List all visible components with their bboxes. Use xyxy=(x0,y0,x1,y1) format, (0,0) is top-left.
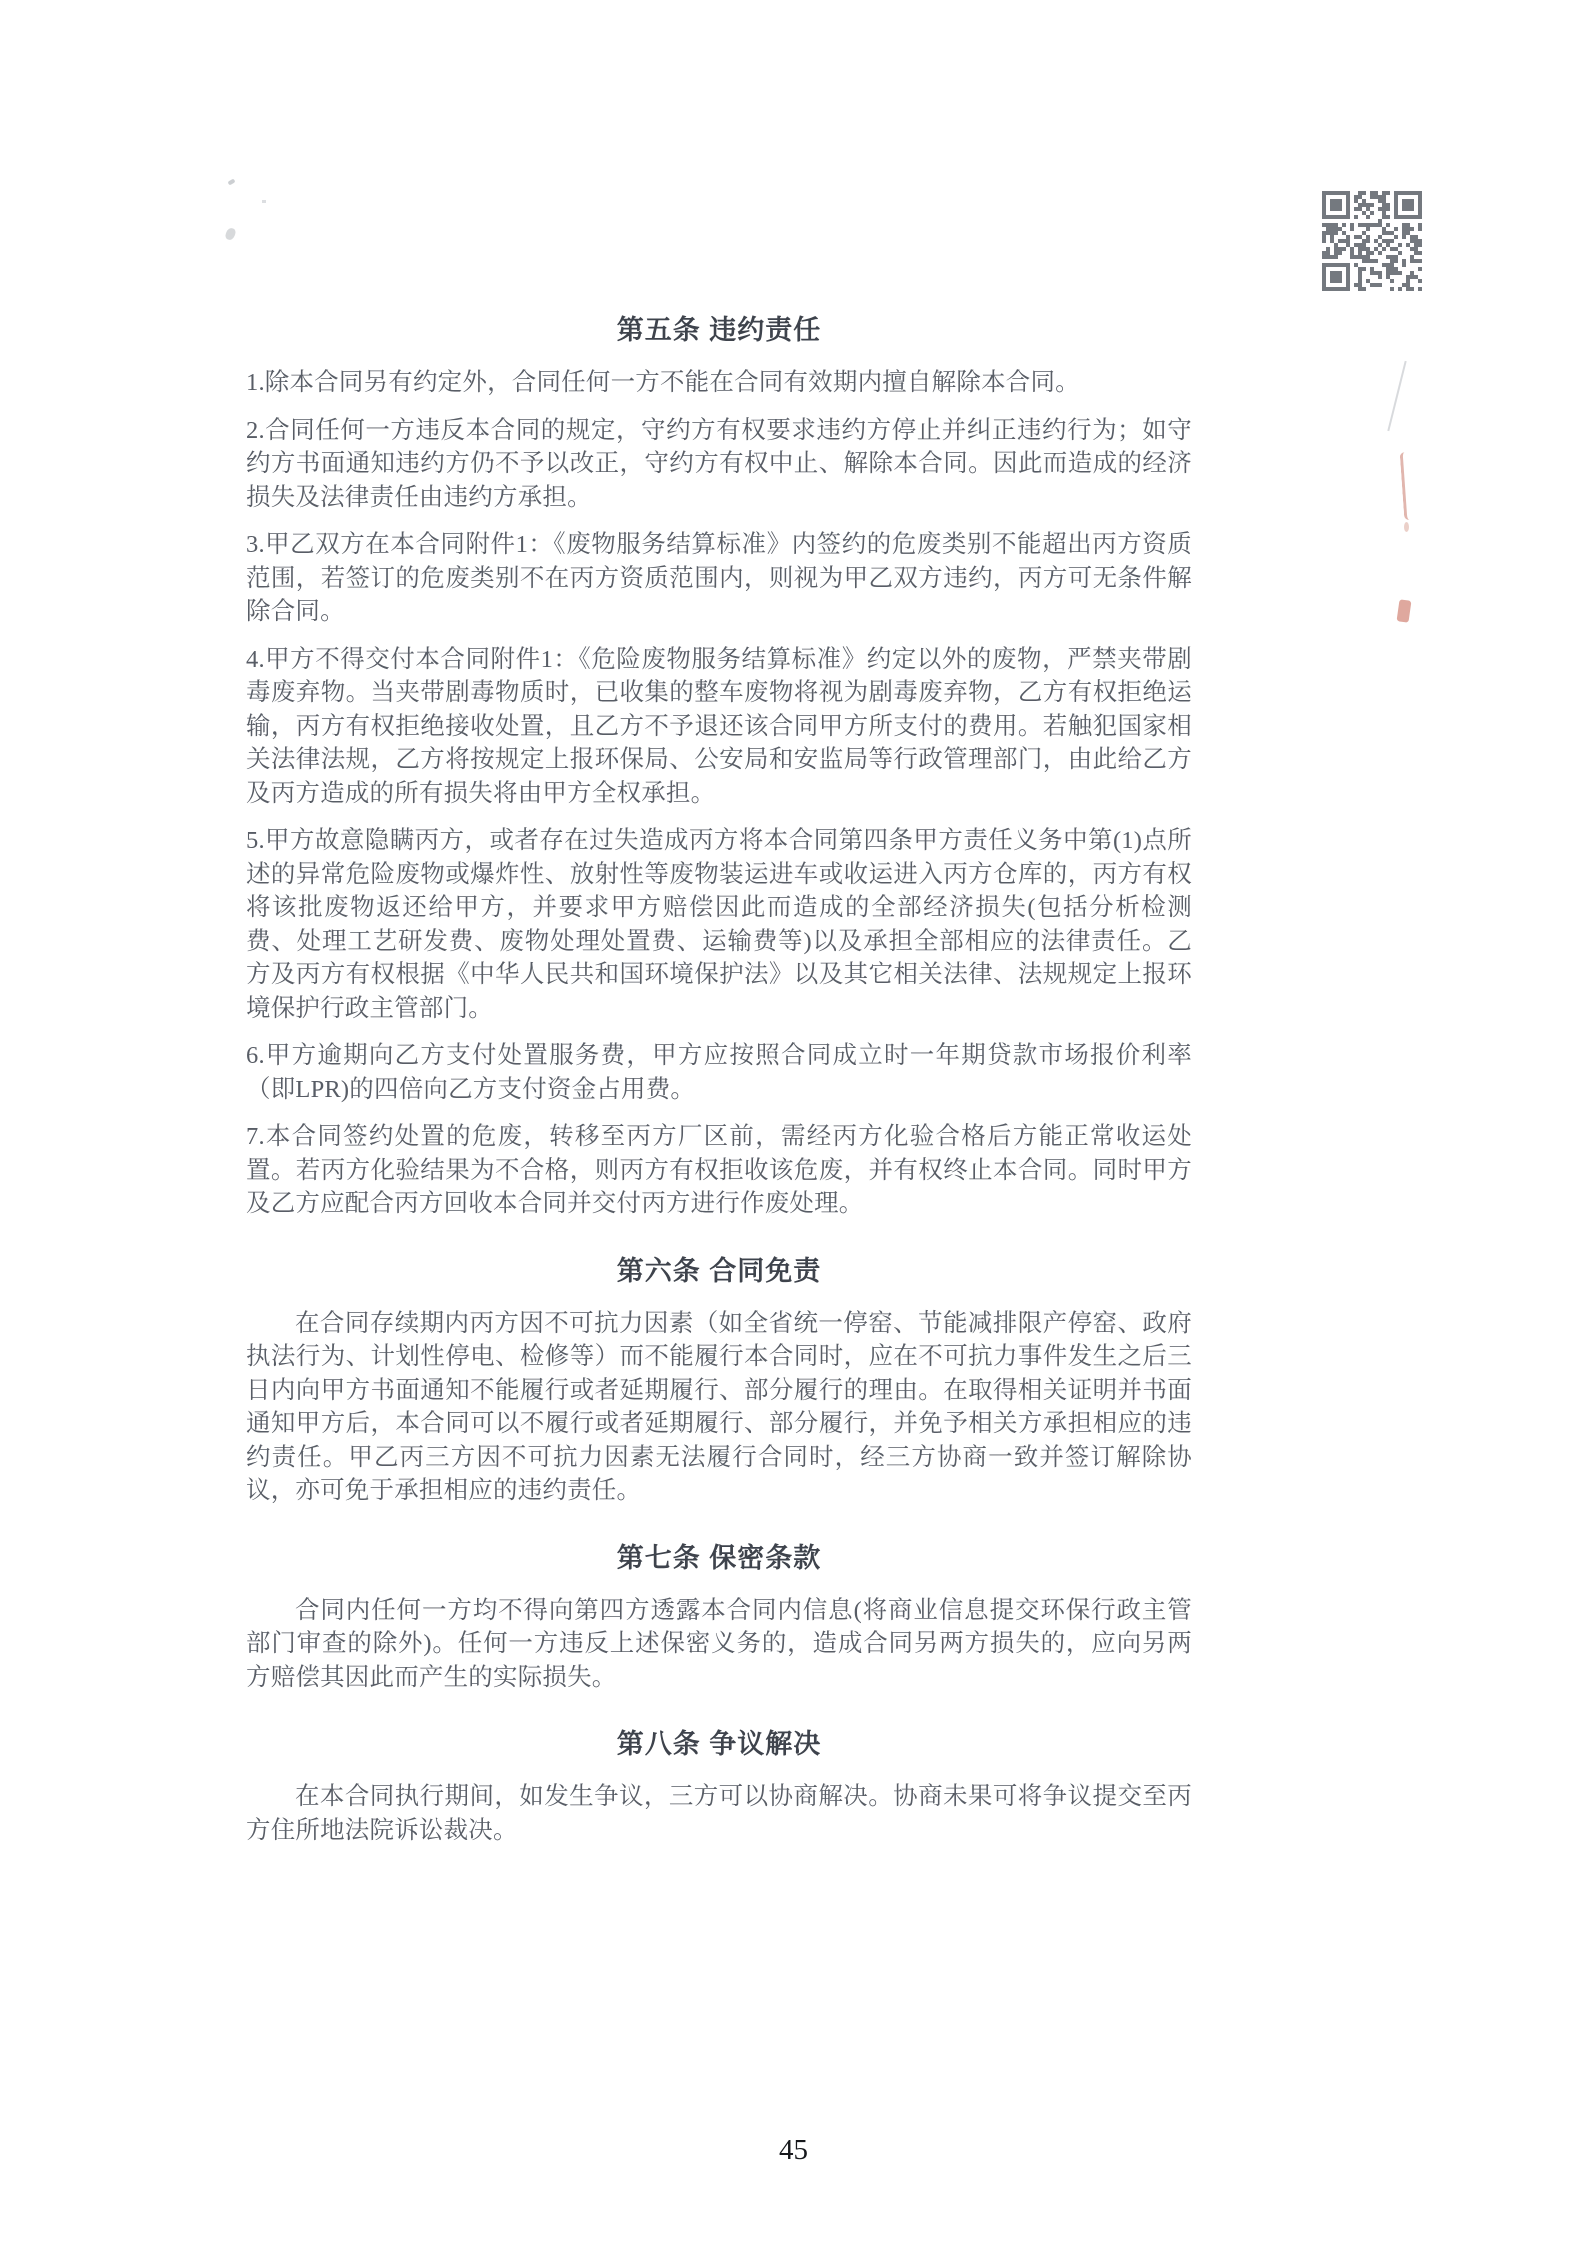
clause-paragraph: 5.甲方故意隐瞒丙方，或者存在过失造成丙方将本合同第四条甲方责任义务中第(1)点… xyxy=(246,824,1192,1025)
scan-artifact-red-ink xyxy=(1400,452,1415,521)
clause-paragraph: 1.除本合同另有约定外，合同任何一方不能在合同有效期内擅自解除本合同。 xyxy=(246,366,1192,400)
clause-paragraph: 6.甲方逾期向乙方支付处置服务费，甲方应按照合同成立时一年期贷款市场报价利率（即… xyxy=(246,1039,1192,1106)
clause-paragraph: 7.本合同签约处置的危废，转移至丙方厂区前，需经丙方化验合格后方能正常收运处置。… xyxy=(246,1120,1192,1221)
scan-artifact-speck xyxy=(262,200,266,203)
clause-paragraph: 2.合同任何一方违反本合同的规定，守约方有权要求违约方停止并纠正违约行为；如守约… xyxy=(246,414,1192,515)
section-heading-article-5: 第五条 违约责任 xyxy=(246,312,1192,348)
scan-artifact-scratch xyxy=(1387,361,1406,431)
scan-artifact-red-mark xyxy=(1397,599,1412,622)
contract-body: 第五条 违约责任 1.除本合同另有约定外，合同任何一方不能在合同有效期内擅自解除… xyxy=(246,312,1192,1861)
qr-code-icon xyxy=(1320,189,1424,293)
scan-artifact-speck xyxy=(227,179,235,186)
section-heading-article-6: 第六条 合同免责 xyxy=(246,1253,1192,1289)
page-number: 45 xyxy=(0,2134,1587,2167)
clause-paragraph: 在本合同执行期间，如发生争议，三方可以协商解决。协商未果可将争议提交至丙方住所地… xyxy=(246,1780,1192,1847)
section-heading-article-7: 第七条 保密条款 xyxy=(246,1540,1192,1576)
clause-paragraph: 合同内任何一方均不得向第四方透露本合同内信息(将商业信息提交环保行政主管部门审查… xyxy=(246,1594,1192,1695)
clause-paragraph: 4.甲方不得交付本合同附件1：《危险废物服务结算标准》约定以外的废物，严禁夹带剧… xyxy=(246,643,1192,811)
contract-scan-page: 第五条 违约责任 1.除本合同另有约定外，合同任何一方不能在合同有效期内擅自解除… xyxy=(0,0,1587,2245)
scan-artifact-red-dot xyxy=(1404,522,1409,532)
section-heading-article-8: 第八条 争议解决 xyxy=(246,1726,1192,1762)
clause-paragraph: 3.甲乙双方在本合同附件1：《废物服务结算标准》内签约的危废类别不能超出丙方资质… xyxy=(246,528,1192,629)
clause-paragraph: 在合同存续期内丙方因不可抗力因素（如全省统一停窑、节能减排限产停窑、政府执法行为… xyxy=(246,1307,1192,1508)
scan-artifact-speck xyxy=(224,227,237,241)
